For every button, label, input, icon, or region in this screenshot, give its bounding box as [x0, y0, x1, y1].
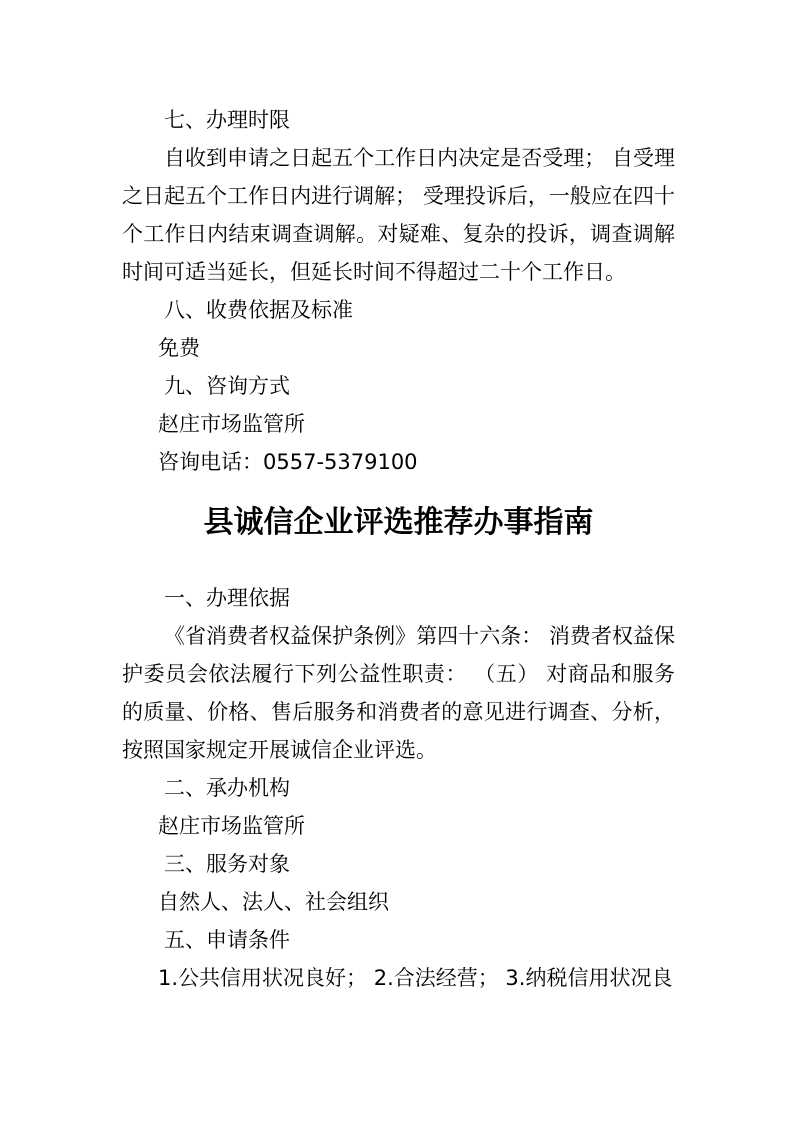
paragraph: 自收到申请之日起五个工作日内决定是否受理； 自受理之日起五个工作日内进行调解； …: [122, 139, 675, 291]
document-page: 七、办理时限自收到申请之日起五个工作日内决定是否受理； 自受理之日起五个工作日内…: [0, 0, 793, 1122]
text-line: 1.公共信用状况良好； 2.合法经营； 3.纳税信用状况良: [122, 959, 675, 997]
paragraph: 《省消费者权益保护条例》第四十六条： 消费者权益保护委员会依法履行下列公益性职责…: [122, 617, 675, 769]
document-body: 七、办理时限自收到申请之日起五个工作日内决定是否受理； 自受理之日起五个工作日内…: [0, 0, 793, 1122]
section-heading: 二、承办机构: [122, 769, 675, 807]
section-heading: 八、收费依据及标准: [122, 291, 675, 329]
text-line: 赵庄市场监管所: [122, 405, 675, 443]
section-heading: 五、申请条件: [122, 921, 675, 959]
text-line: 赵庄市场监管所: [122, 807, 675, 845]
text-line: 自然人、法人、社会组织: [122, 883, 675, 921]
section-heading: 九、咨询方式: [122, 367, 675, 405]
text-line: 咨询电话：0557-5379100: [122, 443, 675, 481]
text-line: 免费: [122, 329, 675, 367]
document-title: 县诚信企业评选推荐办事指南: [122, 501, 675, 545]
section-heading: 一、办理依据: [122, 579, 675, 617]
section-heading: 七、办理时限: [122, 101, 675, 139]
section-heading: 三、服务对象: [122, 845, 675, 883]
